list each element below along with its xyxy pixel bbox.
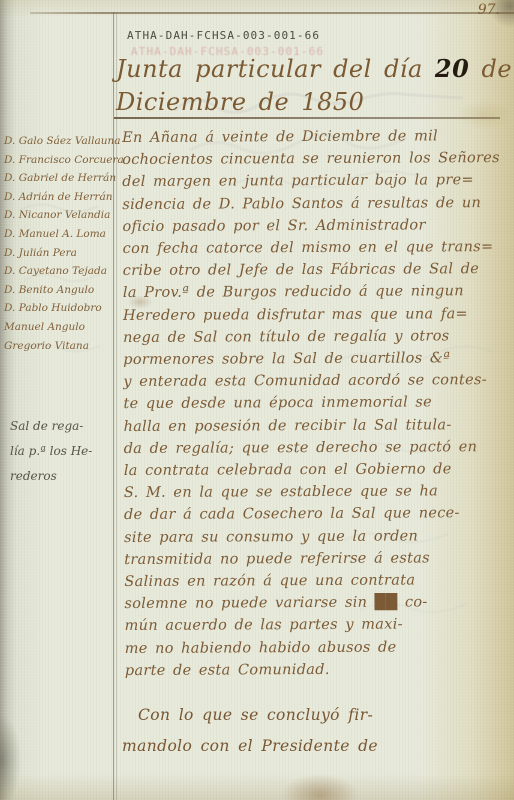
title-text-suffix: de — [469, 55, 512, 83]
body-line: y enterada esta Comunidad acordó se cont… — [123, 369, 513, 393]
body-line: da de regalía; que este derecho se pactó… — [124, 436, 514, 460]
attendee-name: D. Benito Angulo — [4, 281, 114, 300]
attendee-name: Gregorio Vitana — [4, 337, 114, 356]
body-line: ochocientos cincuenta se reunieron los S… — [122, 147, 512, 171]
minutes-body-text: En Añana á veinte de Diciembre de miloch… — [122, 125, 514, 682]
title-underline — [114, 117, 500, 119]
body-line: con fecha catorce del mismo en el que tr… — [123, 236, 513, 260]
body-line: mún acuerdo de las partes y maxi- — [125, 613, 514, 637]
body-line: pormenores sobre la Sal de cuartillos &ª — [123, 347, 513, 371]
margin-note-line: Sal de rega- — [10, 414, 114, 439]
manuscript-page: 97. ATHA-DAH-FCHSA-003-001-66 ATHA-DAH-F… — [0, 0, 514, 800]
margin-note-sal-de-regalia: Sal de rega-lía p.ª los He-rederos — [10, 414, 114, 489]
body-line: parte de esta Comunidad. — [125, 658, 514, 682]
title-line-1: Junta particular del día 20 de — [116, 52, 512, 86]
body-line: la contrata celebrada con el Gobierno de — [124, 458, 514, 482]
attendee-name: D. Manuel A. Loma — [4, 225, 114, 244]
body-line: de dar á cada Cosechero la Sal que nece- — [124, 502, 514, 526]
attendee-list: D. Galo Sáez VallaunaD. Francisco Corcue… — [4, 132, 114, 355]
body-line: En Añana á veinte de Diciembre de mil — [122, 125, 512, 149]
body-line: transmitida no puede referirse á estas — [124, 547, 514, 571]
attendee-name: D. Gabriel de Herrán — [4, 169, 114, 188]
body-line: nega de Sal con título de regalía y otro… — [123, 325, 513, 349]
closing-paragraph: Con lo que se concluyó fir-mandolo con e… — [122, 700, 512, 762]
closing-line: mandolo con el Presidente de — [122, 731, 512, 762]
title-day-overwritten: 20 — [435, 54, 469, 83]
session-title: Junta particular del día 20 de Diciembre… — [116, 52, 512, 119]
top-rule-line — [30, 12, 514, 14]
attendee-name: D. Nicanor Velandia — [4, 206, 114, 225]
attendee-name: D. Francisco Corcuera — [4, 151, 114, 170]
page-number: 97. — [478, 2, 500, 18]
body-line: sidencia de D. Pablo Santos á resultas d… — [122, 192, 512, 216]
attendee-name: D. Pablo Huidobro — [4, 299, 114, 318]
attendee-name: D. Galo Sáez Vallauna — [4, 132, 114, 151]
body-line: te que desde una época inmemorial se — [123, 391, 513, 415]
body-line: la Prov.ª de Burgos reducido á que ningu… — [123, 280, 513, 304]
attendee-name: D. Julián Pera — [4, 244, 114, 263]
body-line: halla en posesión de recibir la Sal titu… — [124, 414, 514, 438]
title-text-prefix: Junta particular del día — [116, 55, 435, 83]
body-line: solemne no puede variarse sin ██ co- — [124, 591, 514, 615]
body-line: Heredero pueda disfrutar mas que una fa= — [123, 303, 513, 327]
attendee-name: D. Cayetano Tejada — [4, 262, 114, 281]
body-line: Salinas en razón á que una contrata — [124, 569, 514, 593]
body-line: del margen en junta particular bajo la p… — [122, 169, 512, 193]
body-line: S. M. en la que se establece que se ha — [124, 480, 514, 504]
body-line: oficio pasado por el Sr. Administrador — [122, 214, 512, 238]
margin-rule-line — [113, 12, 114, 800]
body-line: cribe otro del Jefe de las Fábricas de S… — [123, 258, 513, 282]
margin-note-line: rederos — [10, 464, 114, 489]
margin-note-line: lía p.ª los He- — [10, 439, 114, 464]
margin-rule-line-secondary — [116, 12, 117, 800]
attendee-name: Manuel Angulo — [4, 318, 114, 337]
closing-line: Con lo que se concluyó fir- — [122, 700, 512, 731]
body-line: site para su consumo y que la orden — [124, 525, 514, 549]
attendee-name: D. Adrián de Herrán — [4, 188, 114, 207]
title-line-2: Diciembre de 1850 — [116, 86, 512, 119]
body-line: me no habiendo habido abusos de — [125, 636, 514, 660]
archive-reference-stamp: ATHA-DAH-FCHSA-003-001-66 — [127, 29, 320, 42]
